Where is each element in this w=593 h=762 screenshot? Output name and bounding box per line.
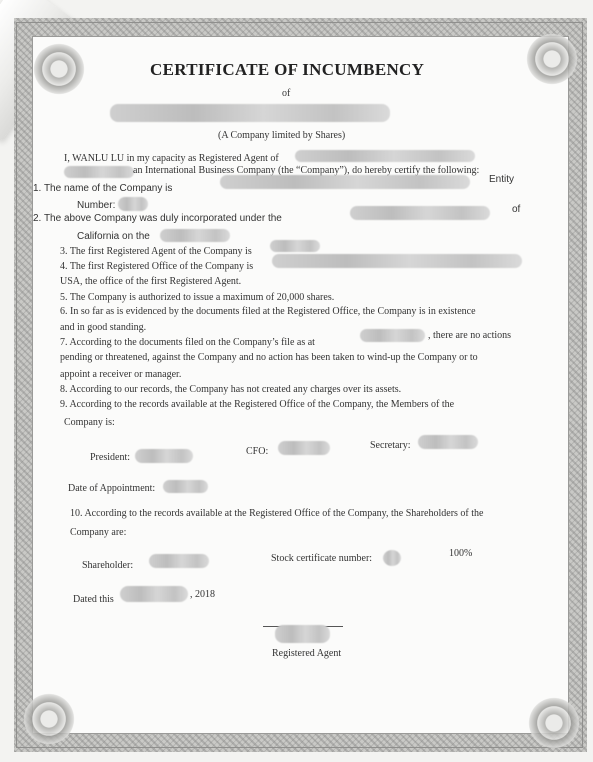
item-7: 7. According to the documents filed on t… xyxy=(60,337,315,348)
redacted-certificate-number xyxy=(383,550,401,566)
entity-label: Entity xyxy=(489,174,514,185)
item-10-cont: Company are: xyxy=(70,527,126,538)
item-2-of: of xyxy=(512,204,520,215)
stock-certificate-label: Stock certificate number: xyxy=(271,553,372,564)
entity-number-label: Number: xyxy=(77,200,115,211)
redacted-date xyxy=(160,229,230,242)
redacted-appointment-date xyxy=(163,480,208,493)
certificate-content: CERTIFICATE OF INCUMBENCY of (A Company … xyxy=(0,0,593,762)
redacted-secretary xyxy=(418,435,478,449)
dated-label: Dated this xyxy=(73,594,114,605)
cfo-label: CFO: xyxy=(246,446,268,457)
item-10: 10. According to the records available a… xyxy=(70,508,483,519)
item-4-cont: USA, the office of the first Registered … xyxy=(60,276,241,287)
item-7-tail: , there are no actions xyxy=(428,330,511,341)
item-5: 5. The Company is authorized to issue a … xyxy=(60,292,334,303)
of-label: of xyxy=(282,88,290,99)
redacted-office-address xyxy=(272,254,522,268)
document-title: CERTIFICATE OF INCUMBENCY xyxy=(150,60,424,80)
secretary-label: Secretary: xyxy=(370,440,411,451)
dated-year: , 2018 xyxy=(190,589,215,600)
item-6: 6. In so far as is evidenced by the docu… xyxy=(60,306,476,317)
item-7-cont-1: pending or threatened, against the Compa… xyxy=(60,352,478,363)
item-2: 2. The above Company was duly incorporat… xyxy=(33,213,282,224)
redacted-agent xyxy=(270,240,320,252)
redacted-president xyxy=(135,449,193,463)
item-6-cont: and in good standing. xyxy=(60,322,146,333)
president-label: President: xyxy=(90,452,130,463)
item-1: 1. The name of the Company is xyxy=(33,183,172,194)
redacted-name xyxy=(220,175,470,189)
company-type: (A Company limited by Shares) xyxy=(218,130,345,141)
redacted-company-short xyxy=(64,166,134,178)
redacted-cfo xyxy=(278,441,330,455)
intro-line-1: I, WANLU LU in my capacity as Registered… xyxy=(64,153,279,164)
redacted-jurisdiction xyxy=(350,206,490,220)
item-2-cont: California on the xyxy=(77,231,150,242)
redacted-shareholder xyxy=(149,554,209,568)
redacted-company-name xyxy=(110,104,390,122)
share-percentage: 100% xyxy=(449,548,472,559)
redacted-signature xyxy=(275,625,330,643)
item-9: 9. According to the records available at… xyxy=(60,399,454,410)
date-of-appointment-label: Date of Appointment: xyxy=(68,483,155,494)
signature-caption: Registered Agent xyxy=(272,648,341,659)
item-4: 4. The first Registered Office of the Co… xyxy=(60,261,253,272)
item-3: 3. The first Registered Agent of the Com… xyxy=(60,246,252,257)
item-9-cont: Company is: xyxy=(64,417,115,428)
item-7-cont-2: appoint a receiver or manager. xyxy=(60,369,181,380)
redacted-company xyxy=(295,150,475,162)
redacted-file-date xyxy=(360,329,425,342)
item-8: 8. According to our records, the Company… xyxy=(60,384,401,395)
shareholder-label: Shareholder: xyxy=(82,560,133,571)
redacted-entity-number xyxy=(118,197,148,211)
redacted-date-day xyxy=(120,586,188,602)
